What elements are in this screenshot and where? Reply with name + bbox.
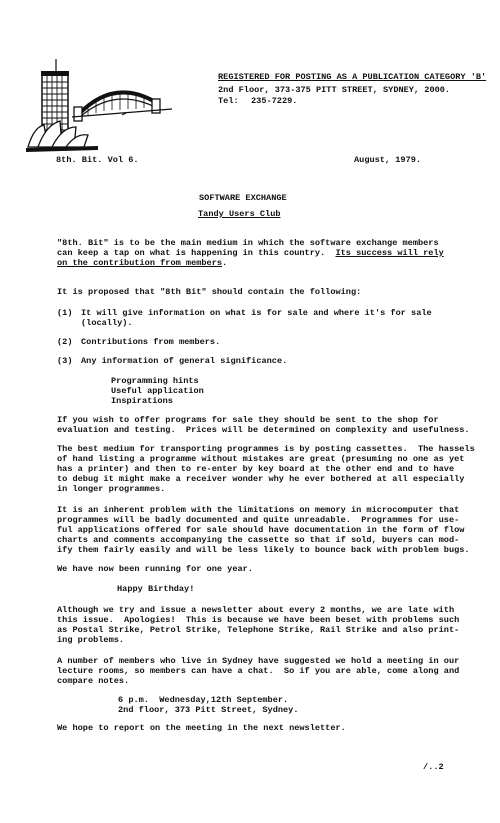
paragraph-closing: We hope to report on the meeting in the … [57, 723, 346, 733]
intro-line-1: "8th. Bit" is to be the main medium in w… [57, 238, 439, 248]
paragraph-late-line: Although we try and issue a newsletter a… [57, 605, 454, 615]
paragraph-late-line: ing problems. [57, 635, 124, 645]
paragraph-memory-line: programmes will be badly documented and … [57, 515, 459, 525]
paragraph-medium-line: in longer programmes. [57, 484, 165, 494]
address: 2nd Floor, 373-375 PITT STREET, SYDNEY, … [218, 85, 450, 95]
list-item: It will give information on what is for … [81, 308, 432, 318]
paragraph-late-line: this issue. Apologies! This is because w… [57, 615, 459, 625]
sub-item: Inspirations [111, 396, 173, 406]
sub-item: Programming hints [111, 376, 199, 386]
paragraph-medium-line: of hand listing a programme without mist… [57, 454, 464, 464]
list-item: Contributions from members. [81, 337, 220, 347]
meeting-time: 6 p.m. Wednesday,12th September. [118, 695, 288, 705]
issue-volume: 8th. Bit. Vol 6. [56, 155, 139, 165]
paragraph-offer-line: evaluation and testing. Prices will be d… [57, 425, 470, 435]
proposal-lead: It is proposed that "8th Bit" should con… [57, 287, 361, 297]
paragraph-medium-line: has a printer) and then to re-enter by k… [57, 464, 454, 474]
paragraph-late-line: as Postal Strike, Petrol Strike, Telepho… [57, 625, 459, 635]
page-subtitle: Tandy Users Club [198, 209, 281, 219]
sub-item: Useful application [111, 386, 204, 396]
page-title: SOFTWARE EXCHANGE [199, 193, 287, 203]
paragraph-medium-line: to debug it might make a receiver wonder… [57, 474, 464, 484]
paragraph-offer-line: If you wish to offer programs for sale t… [57, 415, 439, 425]
intro-line-2: can keep a tap on what is happening in t… [57, 248, 444, 258]
list-item-number: (3) [57, 356, 72, 366]
issue-date: August, 1979. [354, 155, 421, 165]
paragraph-meeting-line: lecture rooms, so members can have a cha… [57, 666, 459, 676]
sydney-skyline-illustration-icon [22, 55, 182, 155]
intro-line-2-text: can keep a tap on what is happening in t… [57, 248, 335, 258]
telephone-label: Tel: [218, 96, 239, 106]
meeting-location: 2nd floor, 373 Pitt Street, Sydney. [118, 705, 299, 715]
list-item-cont: (locally). [81, 318, 133, 328]
list-item: Any information of general significance. [81, 356, 287, 366]
paragraph-medium-line: The best medium for transporting program… [57, 444, 475, 454]
paragraph-memory-line: ful applications offered for sale should… [57, 525, 464, 535]
paragraph-meeting-line: compare notes. [57, 676, 129, 686]
intro-emphasis-cont: on the contribution from members [57, 258, 222, 268]
paragraph-memory-line: It is an inherent problem with the limit… [57, 505, 459, 515]
paragraph-memory-line: ify them fairly easily and will be less … [57, 545, 470, 555]
intro-period: . [222, 258, 227, 268]
intro-line-3: on the contribution from members. [57, 258, 227, 268]
birthday-message: Happy Birthday! [117, 584, 194, 594]
telephone-number: 235-7229. [251, 96, 297, 106]
page-continuation: /..2 [423, 762, 444, 772]
paragraph-running: We have now been running for one year. [57, 564, 253, 574]
registration-notice: REGISTERED FOR POSTING AS A PUBLICATION … [218, 72, 486, 82]
list-item-number: (2) [57, 337, 72, 347]
intro-emphasis: Its success will rely [335, 248, 443, 258]
list-item-number: (1) [57, 308, 72, 318]
paragraph-meeting-line: A number of members who live in Sydney h… [57, 656, 459, 666]
paragraph-memory-line: charts and comments accompanying the cas… [57, 535, 459, 545]
